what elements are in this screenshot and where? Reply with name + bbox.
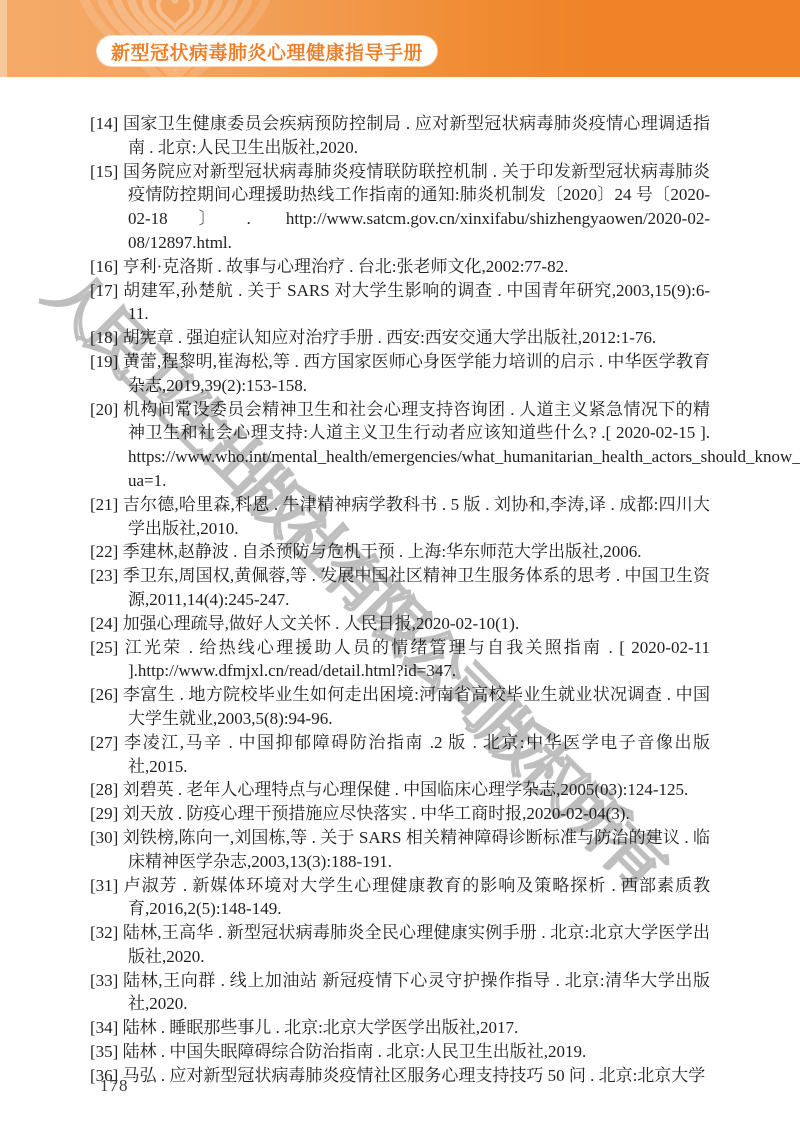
reference-text: 陆林 . 中国失眠障碍综合防治指南 . 北京:人民卫生出版社,2019. — [123, 1042, 587, 1061]
reference-text: 卢淑芳 . 新媒体环境对大学生心理健康教育的影响及策略探析 . 西部素质教育,2… — [124, 876, 710, 919]
reference-text: 季建林,赵静波 . 自杀预防与危机干预 . 上海:华东师范大学出版社,2006. — [123, 542, 642, 561]
reference-text: 马弘 . 应对新型冠状病毒肺炎疫情社区服务心理支持技巧 50 问 . 北京:北京… — [123, 1066, 706, 1085]
reference-item: [20] 机构间常设委员会精神卫生和社会心理支持咨询团 . 人道主义紧急情况下的… — [90, 398, 710, 493]
reference-text: 亨利·克洛斯 . 故事与心理治疗 . 台北:张老师文化,2002:77-82. — [123, 257, 569, 276]
reference-number: [27] — [90, 733, 118, 752]
reference-item: [24] 加强心理疏导,做好人文关怀 . 人民日报,2020-02-10(1). — [90, 612, 710, 636]
reference-text: 刘铁榜,陈向一,刘国栋,等 . 关于 SARS 相关精神障碍诊断标准与防治的建议… — [123, 828, 710, 871]
reference-item: [23] 季卫东,周国权,黄佩蓉,等 . 发展中国社区精神卫生服务体系的思考 .… — [90, 564, 710, 612]
reference-text: 李凌江,马辛 . 中国抑郁障碍防治指南 .2 版 . 北京:中华医学电子音像出版… — [124, 733, 710, 776]
reference-number: [16] — [90, 257, 118, 276]
reference-number: [18] — [90, 328, 118, 347]
reference-item: [30] 刘铁榜,陈向一,刘国栋,等 . 关于 SARS 相关精神障碍诊断标准与… — [90, 826, 710, 874]
reference-item: [32] 陆林,王高华 . 新型冠状病毒肺炎全民心理健康实例手册 . 北京:北京… — [90, 921, 710, 969]
reference-item: [15] 国务院应对新型冠状病毒肺炎疫情联防联控机制 . 关于印发新型冠状病毒肺… — [90, 160, 710, 255]
reference-text: 陆林 . 睡眠那些事儿 . 北京:北京大学医学出版社,2017. — [123, 1018, 519, 1037]
reference-text: 刘碧英 . 老年人心理特点与心理保健 . 中国临床心理学杂志,2005(03):… — [123, 780, 689, 799]
reference-number: [31] — [90, 876, 118, 895]
reference-number: [26] — [90, 685, 118, 704]
reference-item: [14] 国家卫生健康委员会疾病预防控制局 . 应对新型冠状病毒肺炎疫情心理调适… — [90, 112, 710, 160]
reference-number: [20] — [90, 400, 118, 419]
reference-number: [35] — [90, 1042, 118, 1061]
reference-item: [21] 吉尔德,哈里森,科恩 . 牛津精神病学教科书 . 5 版 . 刘协和,… — [90, 493, 710, 541]
reference-text: 机构间常设委员会精神卫生和社会心理支持咨询团 . 人道主义紧急情况下的精神卫生和… — [123, 400, 800, 490]
reference-text: 黄蕾,程黎明,崔海松,等 . 西方国家医师心身医学能力培训的启示 . 中华医学教… — [123, 352, 710, 395]
book-title: 新型冠状病毒肺炎心理健康指导手册 — [111, 38, 423, 65]
reference-text: 胡建军,孙楚航 . 关于 SARS 对大学生影响的调查 . 中国青年研究,200… — [123, 281, 710, 324]
book-title-badge: 新型冠状病毒肺炎心理健康指导手册 — [97, 36, 437, 66]
reference-number: [23] — [90, 566, 118, 585]
reference-item: [18] 胡宪章 . 强迫症认知应对治疗手册 . 西安:西安交通大学出版社,20… — [90, 326, 710, 350]
reference-item: [27] 李凌江,马辛 . 中国抑郁障碍防治指南 .2 版 . 北京:中华医学电… — [90, 731, 710, 779]
reference-text: 胡宪章 . 强迫症认知应对治疗手册 . 西安:西安交通大学出版社,2012:1-… — [123, 328, 657, 347]
reference-item: [19] 黄蕾,程黎明,崔海松,等 . 西方国家医师心身医学能力培训的启示 . … — [90, 350, 710, 398]
reference-text: 季卫东,周国权,黄佩蓉,等 . 发展中国社区精神卫生服务体系的思考 . 中国卫生… — [123, 566, 710, 609]
reference-number: [28] — [90, 780, 118, 799]
reference-text: 加强心理疏导,做好人文关怀 . 人民日报,2020-02-10(1). — [123, 614, 520, 633]
reference-item: [36] 马弘 . 应对新型冠状病毒肺炎疫情社区服务心理支持技巧 50 问 . … — [90, 1064, 710, 1088]
reference-item: [22] 季建林,赵静波 . 自杀预防与危机干预 . 上海:华东师范大学出版社,… — [90, 540, 710, 564]
reference-item: [29] 刘天放 . 防疫心理干预措施应尽快落实 . 中华工商时报,2020-0… — [90, 802, 710, 826]
book-page: 新型冠状病毒肺炎心理健康指导手册 人民卫生出版社有限公司版权所有 [14] 国家… — [0, 0, 800, 1140]
reference-list: [14] 国家卫生健康委员会疾病预防控制局 . 应对新型冠状病毒肺炎疫情心理调适… — [0, 112, 800, 1088]
reference-item: [31] 卢淑芳 . 新媒体环境对大学生心理健康教育的影响及策略探析 . 西部素… — [90, 874, 710, 922]
reference-number: [19] — [90, 352, 118, 371]
reference-number: [22] — [90, 542, 118, 561]
reference-number: [14] — [90, 114, 118, 133]
reference-number: [34] — [90, 1018, 118, 1037]
reference-number: [33] — [90, 971, 118, 990]
reference-number: [29] — [90, 804, 118, 823]
reference-item: [17] 胡建军,孙楚航 . 关于 SARS 对大学生影响的调查 . 中国青年研… — [90, 279, 710, 327]
reference-number: [30] — [90, 828, 118, 847]
page-header-band: 新型冠状病毒肺炎心理健康指导手册 — [0, 0, 800, 77]
reference-item: [35] 陆林 . 中国失眠障碍综合防治指南 . 北京:人民卫生出版社,2019… — [90, 1040, 710, 1064]
reference-text: 刘天放 . 防疫心理干预措施应尽快落实 . 中华工商时报,2020-02-04(… — [123, 804, 630, 823]
reference-item: [33] 陆林,王向群 . 线上加油站 新冠疫情下心灵守护操作指导 . 北京:清… — [90, 969, 710, 1017]
reference-item: [25] 江光荣 . 给热线心理援助人员的情绪管理与自我关照指南 . [ 202… — [90, 636, 710, 684]
references-section: [14] 国家卫生健康委员会疾病预防控制局 . 应对新型冠状病毒肺炎疫情心理调适… — [0, 0, 800, 1088]
reference-item: [34] 陆林 . 睡眠那些事儿 . 北京:北京大学医学出版社,2017. — [90, 1016, 710, 1040]
reference-text: 陆林,王高华 . 新型冠状病毒肺炎全民心理健康实例手册 . 北京:北京大学医学出… — [123, 923, 710, 966]
reference-number: [15] — [90, 162, 118, 181]
reference-number: [32] — [90, 923, 118, 942]
page-number: 178 — [100, 1076, 129, 1096]
reference-number: [21] — [90, 495, 118, 514]
reference-text: 李富生 . 地方院校毕业生如何走出困境:河南省高校毕业生就业状况调查 . 中国大… — [123, 685, 710, 728]
reference-text: 国家卫生健康委员会疾病预防控制局 . 应对新型冠状病毒肺炎疫情心理调适指南 . … — [123, 114, 710, 157]
reference-number: [17] — [90, 281, 118, 300]
reference-number: [24] — [90, 614, 118, 633]
reference-item: [26] 李富生 . 地方院校毕业生如何走出困境:河南省高校毕业生就业状况调查 … — [90, 683, 710, 731]
reference-item: [28] 刘碧英 . 老年人心理特点与心理保健 . 中国临床心理学杂志,2005… — [90, 778, 710, 802]
reference-number: [25] — [90, 638, 118, 657]
reference-text: 吉尔德,哈里森,科恩 . 牛津精神病学教科书 . 5 版 . 刘协和,李涛,译 … — [123, 495, 710, 538]
reference-text: 江光荣 . 给热线心理援助人员的情绪管理与自我关照指南 . [ 2020-02-… — [125, 638, 710, 681]
reference-item: [16] 亨利·克洛斯 . 故事与心理治疗 . 台北:张老师文化,2002:77… — [90, 255, 710, 279]
reference-text: 陆林,王向群 . 线上加油站 新冠疫情下心灵守护操作指导 . 北京:清华大学出版… — [123, 971, 710, 1014]
reference-text: 国务院应对新型冠状病毒肺炎疫情联防联控机制 . 关于印发新型冠状病毒肺炎疫情防控… — [123, 162, 710, 252]
